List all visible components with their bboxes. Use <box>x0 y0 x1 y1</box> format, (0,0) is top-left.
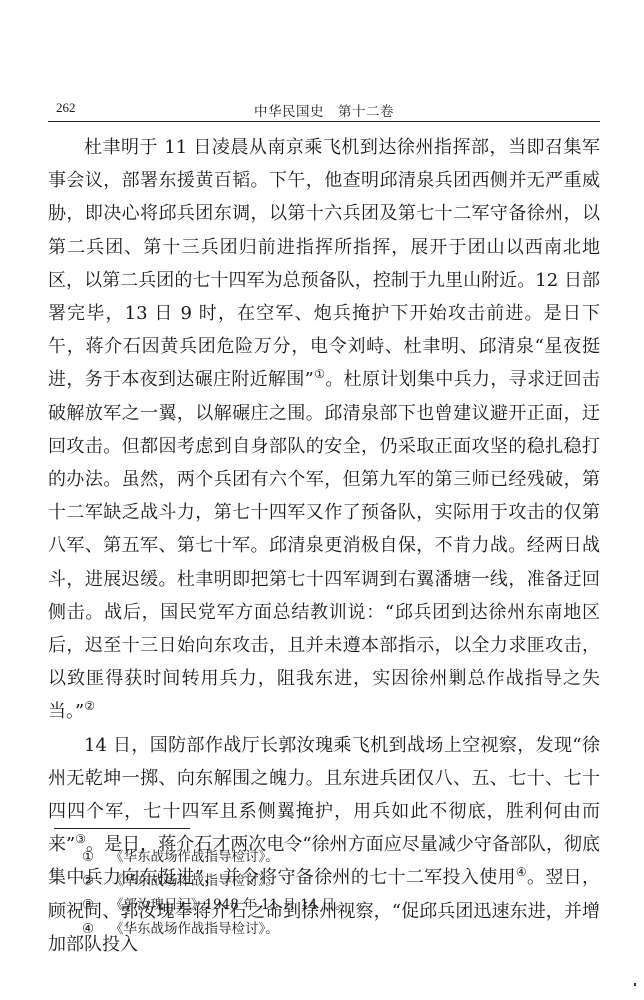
footnote-4: ④ 《华东战场作战指导检讨》。 <box>82 917 349 941</box>
footnotes: ① 《华东战场作战指导检讨》。 ② 《华东战场作战指导检讨》。 ③ 《郭汝瑰日记… <box>82 845 349 941</box>
footnote-reference: ② <box>84 699 95 713</box>
footnote-text: 《华东战场作战指导检讨》。 <box>110 869 279 893</box>
footnote-mark: ② <box>82 869 100 893</box>
paragraph-text: 。杜原计划集中兵力，寻求迂回击破解放军之一翼，以解碾庄之围。邱清泉部下也曾建议避… <box>48 369 600 722</box>
scan-speck <box>634 983 636 986</box>
footnote-separator <box>54 828 190 829</box>
footnote-3: ③ 《郭汝瑰日记》1948 年 11 月 14 日。 <box>82 893 349 917</box>
footnote-text: 《郭汝瑰日记》1948 年 11 月 14 日。 <box>110 893 349 917</box>
footnote-text: 《华东战场作战指导检讨》。 <box>110 917 279 941</box>
header-rule <box>48 121 600 122</box>
footnote-reference: ① <box>314 367 325 381</box>
footnote-text: 《华东战场作战指导检讨》。 <box>110 845 279 869</box>
footnote-2: ② 《华东战场作战指导检讨》。 <box>82 869 349 893</box>
footnote-mark: ① <box>82 845 100 869</box>
footnote-mark: ④ <box>82 917 100 941</box>
footnote-mark: ③ <box>82 893 100 917</box>
running-head: 262 中华民国史 第十二卷 <box>48 98 600 120</box>
body-paragraph: 杜聿明于 11 日凌晨从南京乘飞机到达徐州指挥部，当即召集军事会议，部署东援黄百… <box>48 131 600 729</box>
book-page: 262 中华民国史 第十二卷 杜聿明于 11 日凌晨从南京乘飞机到达徐州指挥部，… <box>48 0 600 1000</box>
footnote-1: ① 《华东战场作战指导检讨》。 <box>82 845 349 869</box>
body-text: 杜聿明于 11 日凌晨从南京乘飞机到达徐州指挥部，当即召集军事会议，部署东援黄百… <box>48 131 600 961</box>
footnote-reference: ④ <box>516 865 527 879</box>
paragraph-text: 杜聿明于 11 日凌晨从南京乘飞机到达徐州指挥部，当即召集军事会议，部署东援黄百… <box>48 137 600 390</box>
book-title: 中华民国史 第十二卷 <box>48 100 600 120</box>
